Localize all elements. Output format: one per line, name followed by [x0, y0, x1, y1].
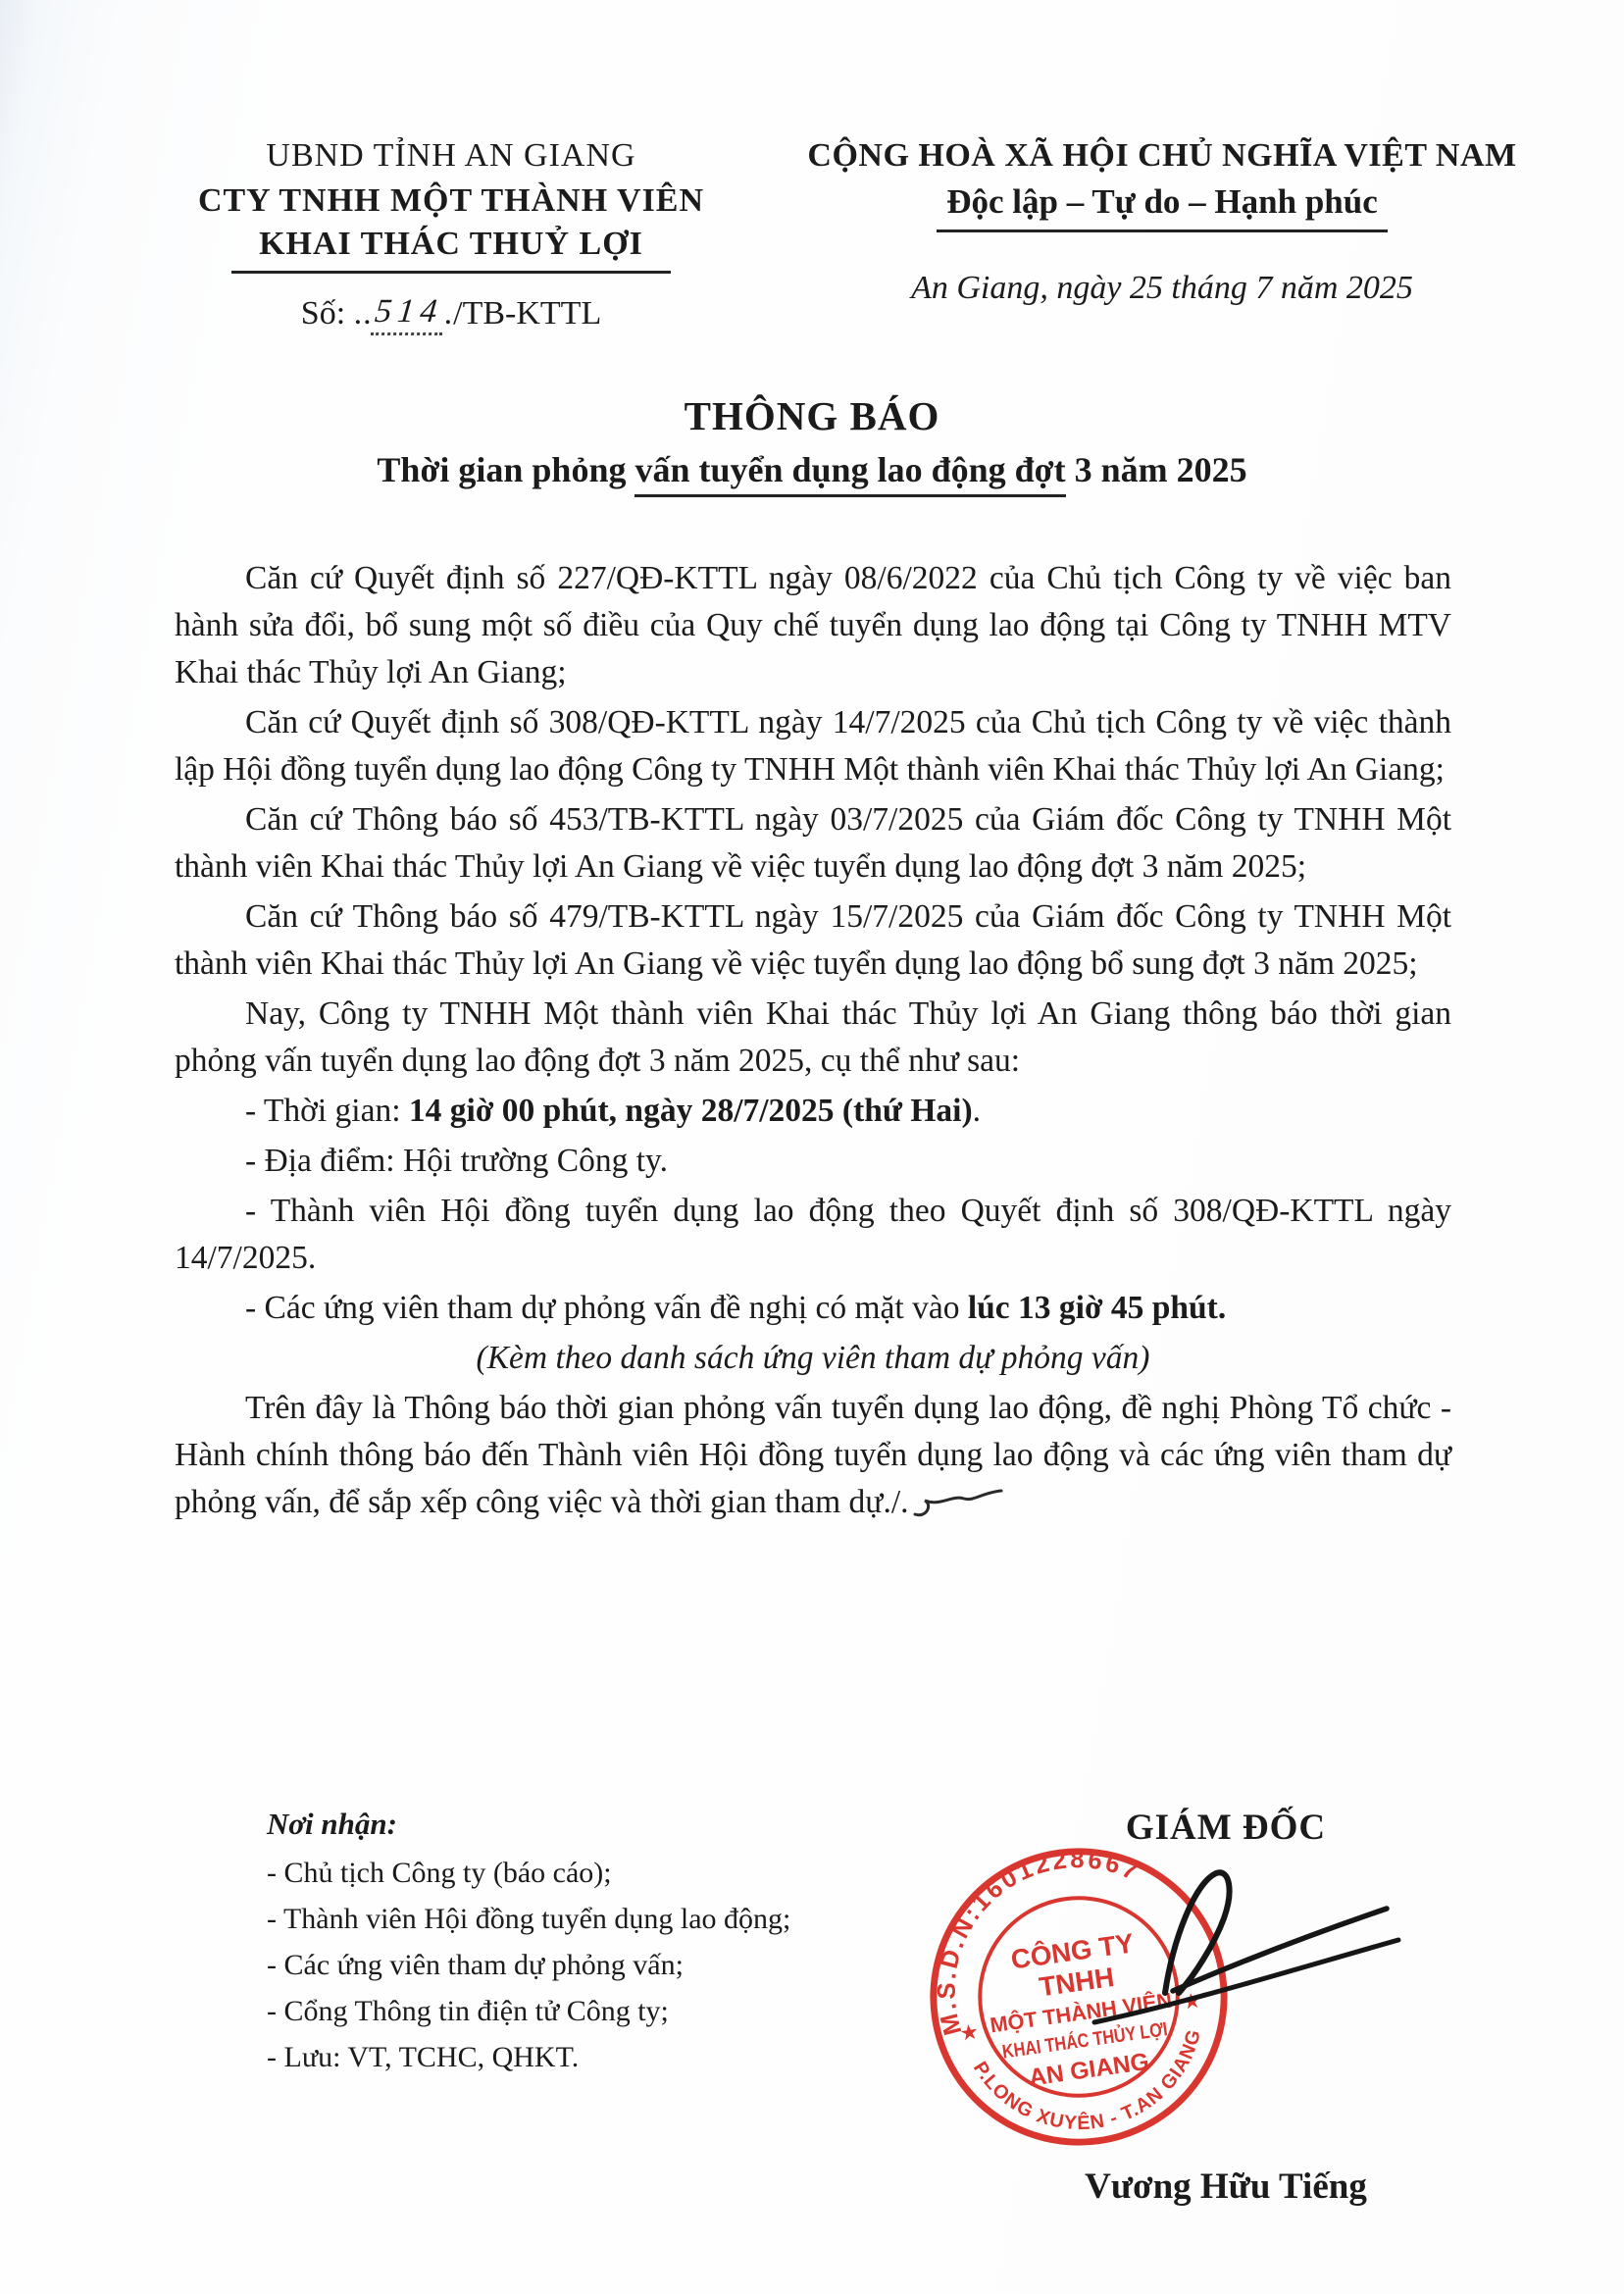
paragraph-legal-basis-1: Căn cứ Quyết định số 227/QĐ-KTTL ngày 08…	[175, 555, 1451, 696]
document-number-line: Số: ..514./TB-KTTL	[157, 295, 745, 337]
recipient-item: - Chủ tịch Công ty (báo cáo);	[267, 1850, 875, 1896]
company-name-line2: KHAI THÁC THUỶ LỢI	[157, 226, 745, 274]
company-name-line1: CTY TNHH MỘT THÀNH VIÊN	[157, 182, 745, 220]
doc-no-dots: ..	[354, 295, 373, 331]
bullet-time: - Thời gian: 14 giờ 00 phút, ngày 28/7/2…	[175, 1088, 1451, 1135]
stamp-star-left-icon: ★	[958, 2018, 981, 2045]
title-block: THÔNG BÁO Thời gian phỏng vấn tuyển dụng…	[0, 392, 1624, 490]
document-title: THÔNG BÁO	[0, 392, 1624, 439]
doc-no-suffix: /TB-KTTL	[453, 295, 601, 331]
subtitle-underline: vấn tuyển dụng lao động đợt	[634, 450, 1065, 497]
recipient-item: - Lưu: VT, TCHC, QHKT.	[267, 2034, 875, 2080]
attachment-note: (Kèm theo danh sách ứng viên tham dự phỏ…	[175, 1335, 1451, 1382]
doc-no-handwritten: 514	[371, 293, 447, 335]
bullet-candidates: - Các ứng viên tham dự phỏng vấn đề nghị…	[175, 1285, 1451, 1332]
bullet-members: - Thành viên Hội đồng tuyển dụng lao độn…	[175, 1188, 1451, 1282]
recipients-block: Nơi nhận: - Chủ tịch Công ty (báo cáo); …	[267, 1807, 875, 2080]
signer-name: Vương Hữu Tiếng	[883, 2166, 1569, 2208]
recipients-title: Nơi nhận:	[267, 1807, 875, 1842]
bullet-place: - Địa điểm: Hội trường Công ty.	[175, 1138, 1451, 1185]
paragraph-legal-basis-4: Căn cứ Thông báo số 479/TB-KTTL ngày 15/…	[175, 893, 1451, 988]
header-right-block: CỘNG HOÀ XÃ HỘI CHỦ NGHĨA VIỆT NAM Độc l…	[785, 137, 1540, 307]
document-subtitle: Thời gian phỏng vấn tuyển dụng lao động …	[0, 449, 1624, 490]
document-page: UBND TỈNH AN GIANG CTY TNHH MỘT THÀNH VI…	[0, 0, 1624, 2294]
place-date-line: An Giang, ngày 25 tháng 7 năm 2025	[785, 270, 1540, 307]
paragraph-announcement: Nay, Công ty TNHH Một thành viên Khai th…	[175, 991, 1451, 1085]
national-motto-line2: Độc lập – Tự do – Hạnh phúc	[785, 182, 1540, 232]
header-left-block: UBND TỈNH AN GIANG CTY TNHH MỘT THÀNH VI…	[157, 137, 745, 337]
doc-no-prefix: Số:	[301, 295, 354, 331]
recipient-item: - Các ứng viên tham dự phỏng vấn;	[267, 1942, 875, 1988]
document-body: Căn cứ Quyết định số 227/QĐ-KTTL ngày 08…	[175, 555, 1451, 1529]
paragraph-legal-basis-2: Căn cứ Quyết định số 308/QĐ-KTTL ngày 14…	[175, 699, 1451, 793]
recipient-item: - Thành viên Hội đồng tuyển dụng lao độn…	[267, 1896, 875, 1942]
paragraph-legal-basis-3: Căn cứ Thông báo số 453/TB-KTTL ngày 03/…	[175, 796, 1451, 891]
signer-title: GIÁM ĐỐC	[883, 1807, 1569, 1849]
director-signature	[1049, 1844, 1422, 2050]
closing-paragraph: Trên đây là Thông báo thời gian phỏng vấ…	[175, 1385, 1451, 1526]
issuing-authority: UBND TỈNH AN GIANG	[157, 137, 745, 175]
pen-flourish-mark	[913, 1485, 1003, 1518]
recipient-item: - Cổng Thông tin điện tử Công ty;	[267, 1988, 875, 2034]
national-motto-line1: CỘNG HOÀ XÃ HỘI CHỦ NGHĨA VIỆT NAM	[785, 137, 1540, 175]
